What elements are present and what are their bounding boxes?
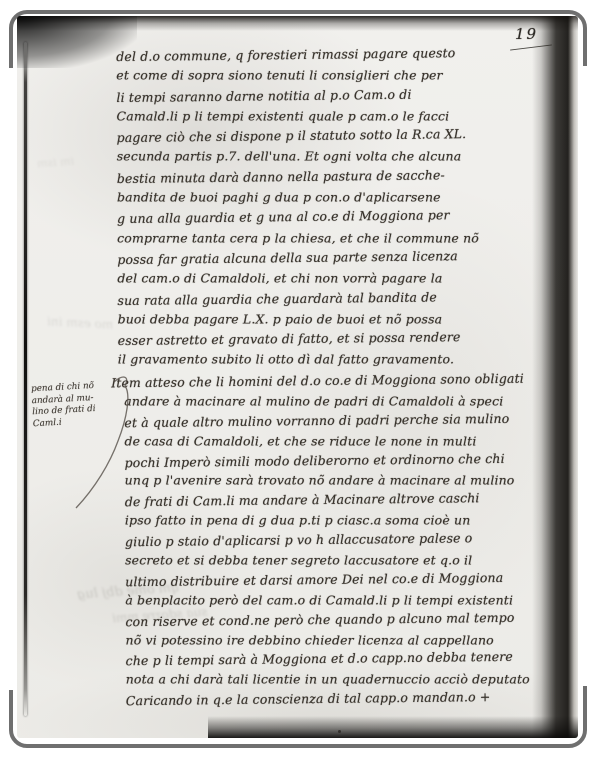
manuscript-line: de frati di Cam.li ma andare à Macinare … [112, 488, 529, 513]
book-bottom-edge-shadow [208, 716, 578, 738]
book-top-edge-shadow [17, 16, 578, 31]
margin-note: pena di chi nõ andarà al mu- lino de fra… [31, 380, 119, 430]
frame-left-fade [0, 68, 16, 690]
ink-dot [338, 730, 341, 733]
frame-right-fade [582, 66, 602, 686]
manuscript-line: pochi Imperò simili modo deliberorno et … [111, 448, 528, 473]
manuscript-line: del cam.o di Camaldoli, et chi non vorrà… [117, 269, 479, 289]
manuscript-line: Caricando in q.e la conscienza di tal ca… [113, 687, 530, 712]
manuscript-scan-view: qm ome dbj lug sua sdozre mmi mo esm ini… [0, 0, 602, 760]
page-number-underline [510, 44, 552, 50]
manuscript-line: il gravamento subito li otto dì dal fatt… [118, 350, 480, 370]
manuscript-line: li tempi saranno darne notitia al p.o Ca… [116, 84, 478, 108]
manuscript-line: Item atteso che li homini del d.o co.e d… [111, 369, 528, 394]
paragraph-item: Item atteso che li homini del d.o co.e d… [111, 370, 530, 710]
ink-bleedthrough: im ism [37, 155, 75, 171]
manuscript-line: g una alla guardia et g una al co.e di M… [117, 205, 479, 229]
paragraph-first: del d.o commune, q forestieri rimassi pa… [116, 44, 480, 371]
ink-bleedthrough: mo esm ini [47, 314, 114, 331]
manuscript-line: pagare ciò che si dispone p il statuto s… [117, 124, 479, 148]
manuscript-line: esser astretto et gravato di fatto, et s… [118, 327, 480, 351]
manuscript-line: sua rata alla guardia che guardarà tal b… [117, 287, 479, 311]
book-right-edge-shadow [532, 16, 578, 738]
manuscript-line: ultimo distribuire et darsi amore Dei ne… [112, 568, 529, 593]
page-number: 19 [515, 25, 538, 43]
manuscript-line: con riserve et cond.ne però che quando p… [112, 607, 529, 632]
manuscript-line: de casa di Camaldoli, et che se riduce l… [111, 431, 528, 451]
manuscript-line: andare à macinare al mulino de padri di … [111, 391, 528, 411]
manuscript-line: et à quale altro mulino vorranno di padr… [111, 408, 528, 433]
manuscript-photo: qm ome dbj lug sua sdozre mmi mo esm ini… [17, 16, 578, 738]
manuscript-line: secunda partis p.7. dell'una. Et ogni vo… [117, 147, 479, 167]
manuscript-line: à benplacito però del cam.o di Camald.li… [112, 590, 529, 610]
manuscript-line: del d.o commune, q forestieri rimassi pa… [116, 43, 478, 67]
manuscript-line: et come di sopra siono tenuti li consigl… [116, 66, 478, 86]
manuscript-line: giulio p staio d'aplicarsi p vo h allacc… [112, 528, 529, 553]
book-gutter-line [24, 42, 27, 716]
manuscript-line: bestia minuta darà danno nella pastura d… [117, 165, 479, 189]
manuscript-line: che p li tempi sarà à Moggiona et d.o ca… [113, 647, 530, 672]
manuscript-line: possa far gratia alcuna della sua parte … [117, 246, 479, 270]
manuscript-line: comprarne tanta cera p la chiesa, et che… [117, 228, 479, 248]
